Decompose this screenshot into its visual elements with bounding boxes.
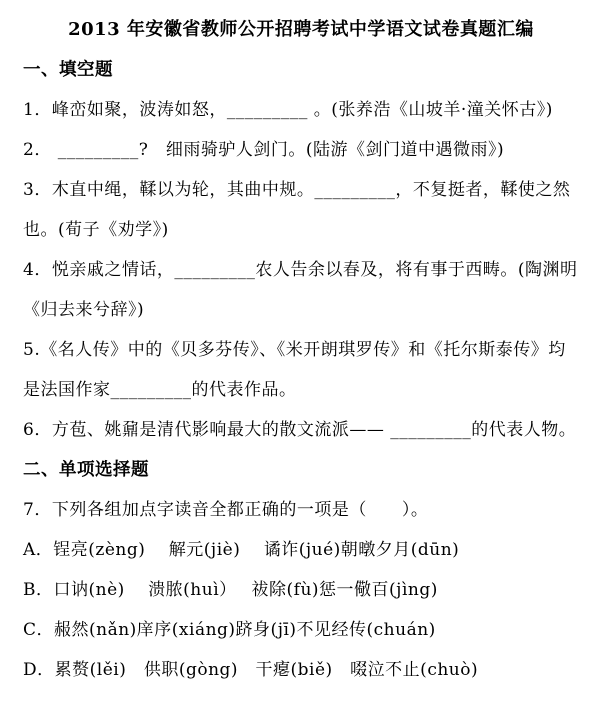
question-6: 6．方苞、姚鼐是清代影响最大的散文流派—— _________的代表人物。 xyxy=(23,410,592,450)
section-2-heading: 二、单项选择题 xyxy=(23,450,592,490)
question-4-line-2: 《归去来兮辞》) xyxy=(23,290,592,330)
question-7-option-a: A．锃亮(zèng) 解元(jiè) 谲诈(jué)朝暾夕月(dūn) xyxy=(23,530,592,570)
question-7-option-d: D．累赘(lěi) 供职(gòng) 干瘪(biě) 啜泣不止(chuò) xyxy=(23,650,592,690)
question-2: 2． _________? 细雨骑驴人剑门。(陆游《剑门道中遇微雨》) xyxy=(23,130,592,170)
question-3-line-2: 也。(荀子《劝学》) xyxy=(23,210,592,250)
question-5-line-1: 5.《名人传》中的《贝多芬传》、《米开朗琪罗传》和《托尔斯泰传》均 xyxy=(23,330,592,370)
exam-document: 2013 年安徽省教师公开招聘考试中学语文试卷真题汇编 一、填空题 1．峰峦如聚… xyxy=(0,0,602,722)
section-1-heading: 一、填空题 xyxy=(23,50,592,90)
exam-title: 2013 年安徽省教师公开招聘考试中学语文试卷真题汇编 xyxy=(23,10,592,50)
question-1: 1．峰峦如聚，波涛如怒，_________ 。(张养浩《山坡羊·潼关怀古》) xyxy=(23,90,592,130)
question-4-line-1: 4．悦亲戚之情话，_________农人告余以春及，将有事于西畴。(陶渊明 xyxy=(23,250,592,290)
question-3-line-1: 3．木直中绳，鞣以为轮，其曲中规。_________，不复挺者，鞣使之然 xyxy=(23,170,592,210)
question-7-option-b: B．口讷(nè) 溃脓(huì） 祓除(fù)惩一儆百(jìng) xyxy=(23,570,592,610)
question-7-option-c: C．赧然(nǎn)庠序(xiáng)跻身(jī)不见经传(chuán) xyxy=(23,610,592,650)
question-7: 7．下列各组加点字读音全都正确的一项是（ ）。 xyxy=(23,490,592,530)
question-5-line-2: 是法国作家_________的代表作品。 xyxy=(23,370,592,410)
